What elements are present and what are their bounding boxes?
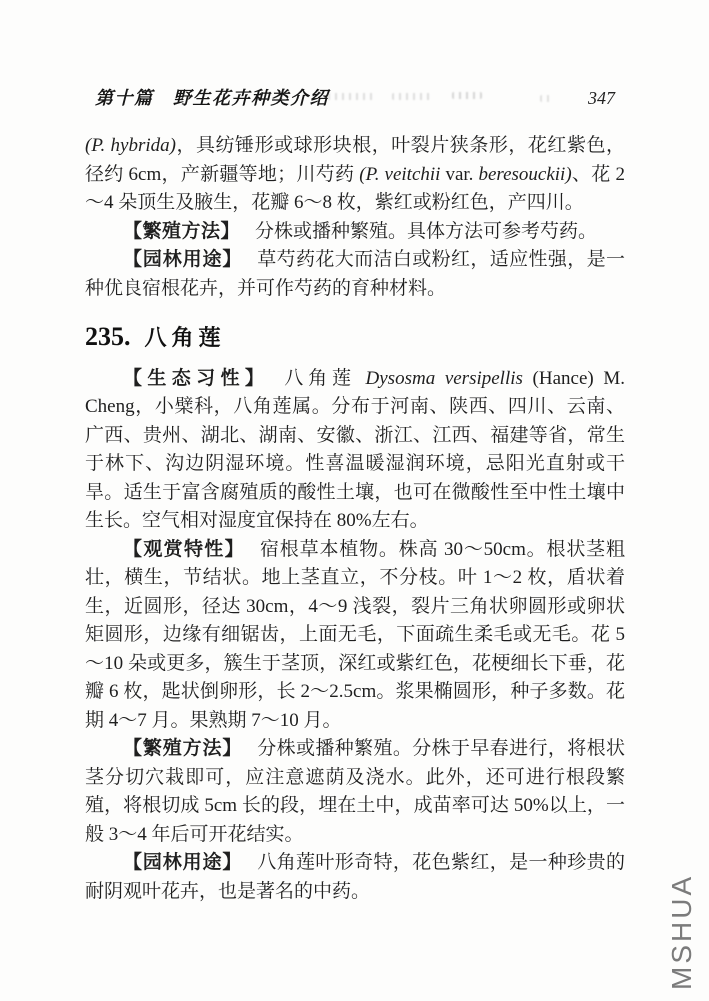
field-label: 【繁殖方法】: [123, 221, 240, 242]
scan-smudge: [392, 93, 430, 100]
paragraph-ornamental: 【观赏特性】宿根草本植物。株高 30～50cm。根状茎粗壮，横生，节结状。地上茎…: [85, 536, 625, 736]
paragraph-ecology: 【生态习性】八角莲 Dysosma versipellis (Hance) M.…: [85, 365, 625, 536]
scan-smudge: [540, 95, 550, 102]
body-text: (Hance) M. Cheng，小檗科，八角莲属。分布于河南、陕西、四川、云南…: [85, 368, 625, 532]
field-label: 【繁殖方法】: [123, 738, 242, 759]
section-heading: 235.八角莲: [85, 323, 625, 353]
scan-smudge: [328, 93, 374, 100]
body-text: var.: [440, 164, 478, 185]
paragraph-peony-garden-use: 【园林用途】草芍药花大而洁白或粉红，适应性强，是一种优良宿根花卉，并可作芍药的育…: [85, 246, 625, 303]
latin-name: Dysosma versipellis: [366, 368, 523, 389]
book-page: 第十篇 野生花卉种类介绍 347 (P. hybrida)，具纺锤形或球形块根，…: [0, 0, 709, 1001]
latin-name: beresouckii): [478, 164, 571, 185]
paragraph-garden-use: 【园林用途】八角莲叶形奇特，花色紫红，是一种珍贵的耐阴观叶花卉，也是著名的中药。: [85, 849, 625, 906]
field-label: 【观赏特性】: [123, 539, 245, 560]
field-label: 【园林用途】: [123, 852, 242, 873]
page-number: 347: [588, 88, 615, 109]
page-body: (P. hybrida)，具纺锤形或球形块根，叶裂片狭条形，花红紫色，径约 6c…: [85, 132, 625, 906]
body-text: 宿根草本植物。株高 30～50cm。根状茎粗壮，横生，节结状。地上茎直立，不分枝…: [85, 539, 625, 731]
field-label: 【生态习性】: [123, 368, 269, 389]
latin-name: (P. veitchii: [359, 164, 440, 185]
body-text: 八角莲: [284, 368, 365, 389]
paragraph-peony-propagation: 【繁殖方法】分株或播种繁殖。具体方法可参考芍药。: [85, 218, 625, 247]
field-label: 【园林用途】: [123, 249, 242, 270]
chapter-title: 第十篇 野生花卉种类介绍: [95, 84, 329, 110]
paragraph-peony-continuation: (P. hybrida)，具纺锤形或球形块根，叶裂片狭条形，花红紫色，径约 6c…: [85, 132, 625, 218]
section-number: 235.: [85, 322, 131, 351]
section-title: 八角莲: [145, 325, 226, 350]
watermark: MSHUA: [667, 880, 697, 990]
scan-smudge: [452, 92, 482, 99]
body-text: 分株或播种繁殖。具体方法可参考芍药。: [255, 221, 597, 242]
paragraph-propagation: 【繁殖方法】分株或播种繁殖。分株于早春进行，将根状茎分切穴栽即可，应注意遮荫及浇…: [85, 735, 625, 849]
latin-name: (P. hybrida): [85, 135, 176, 156]
